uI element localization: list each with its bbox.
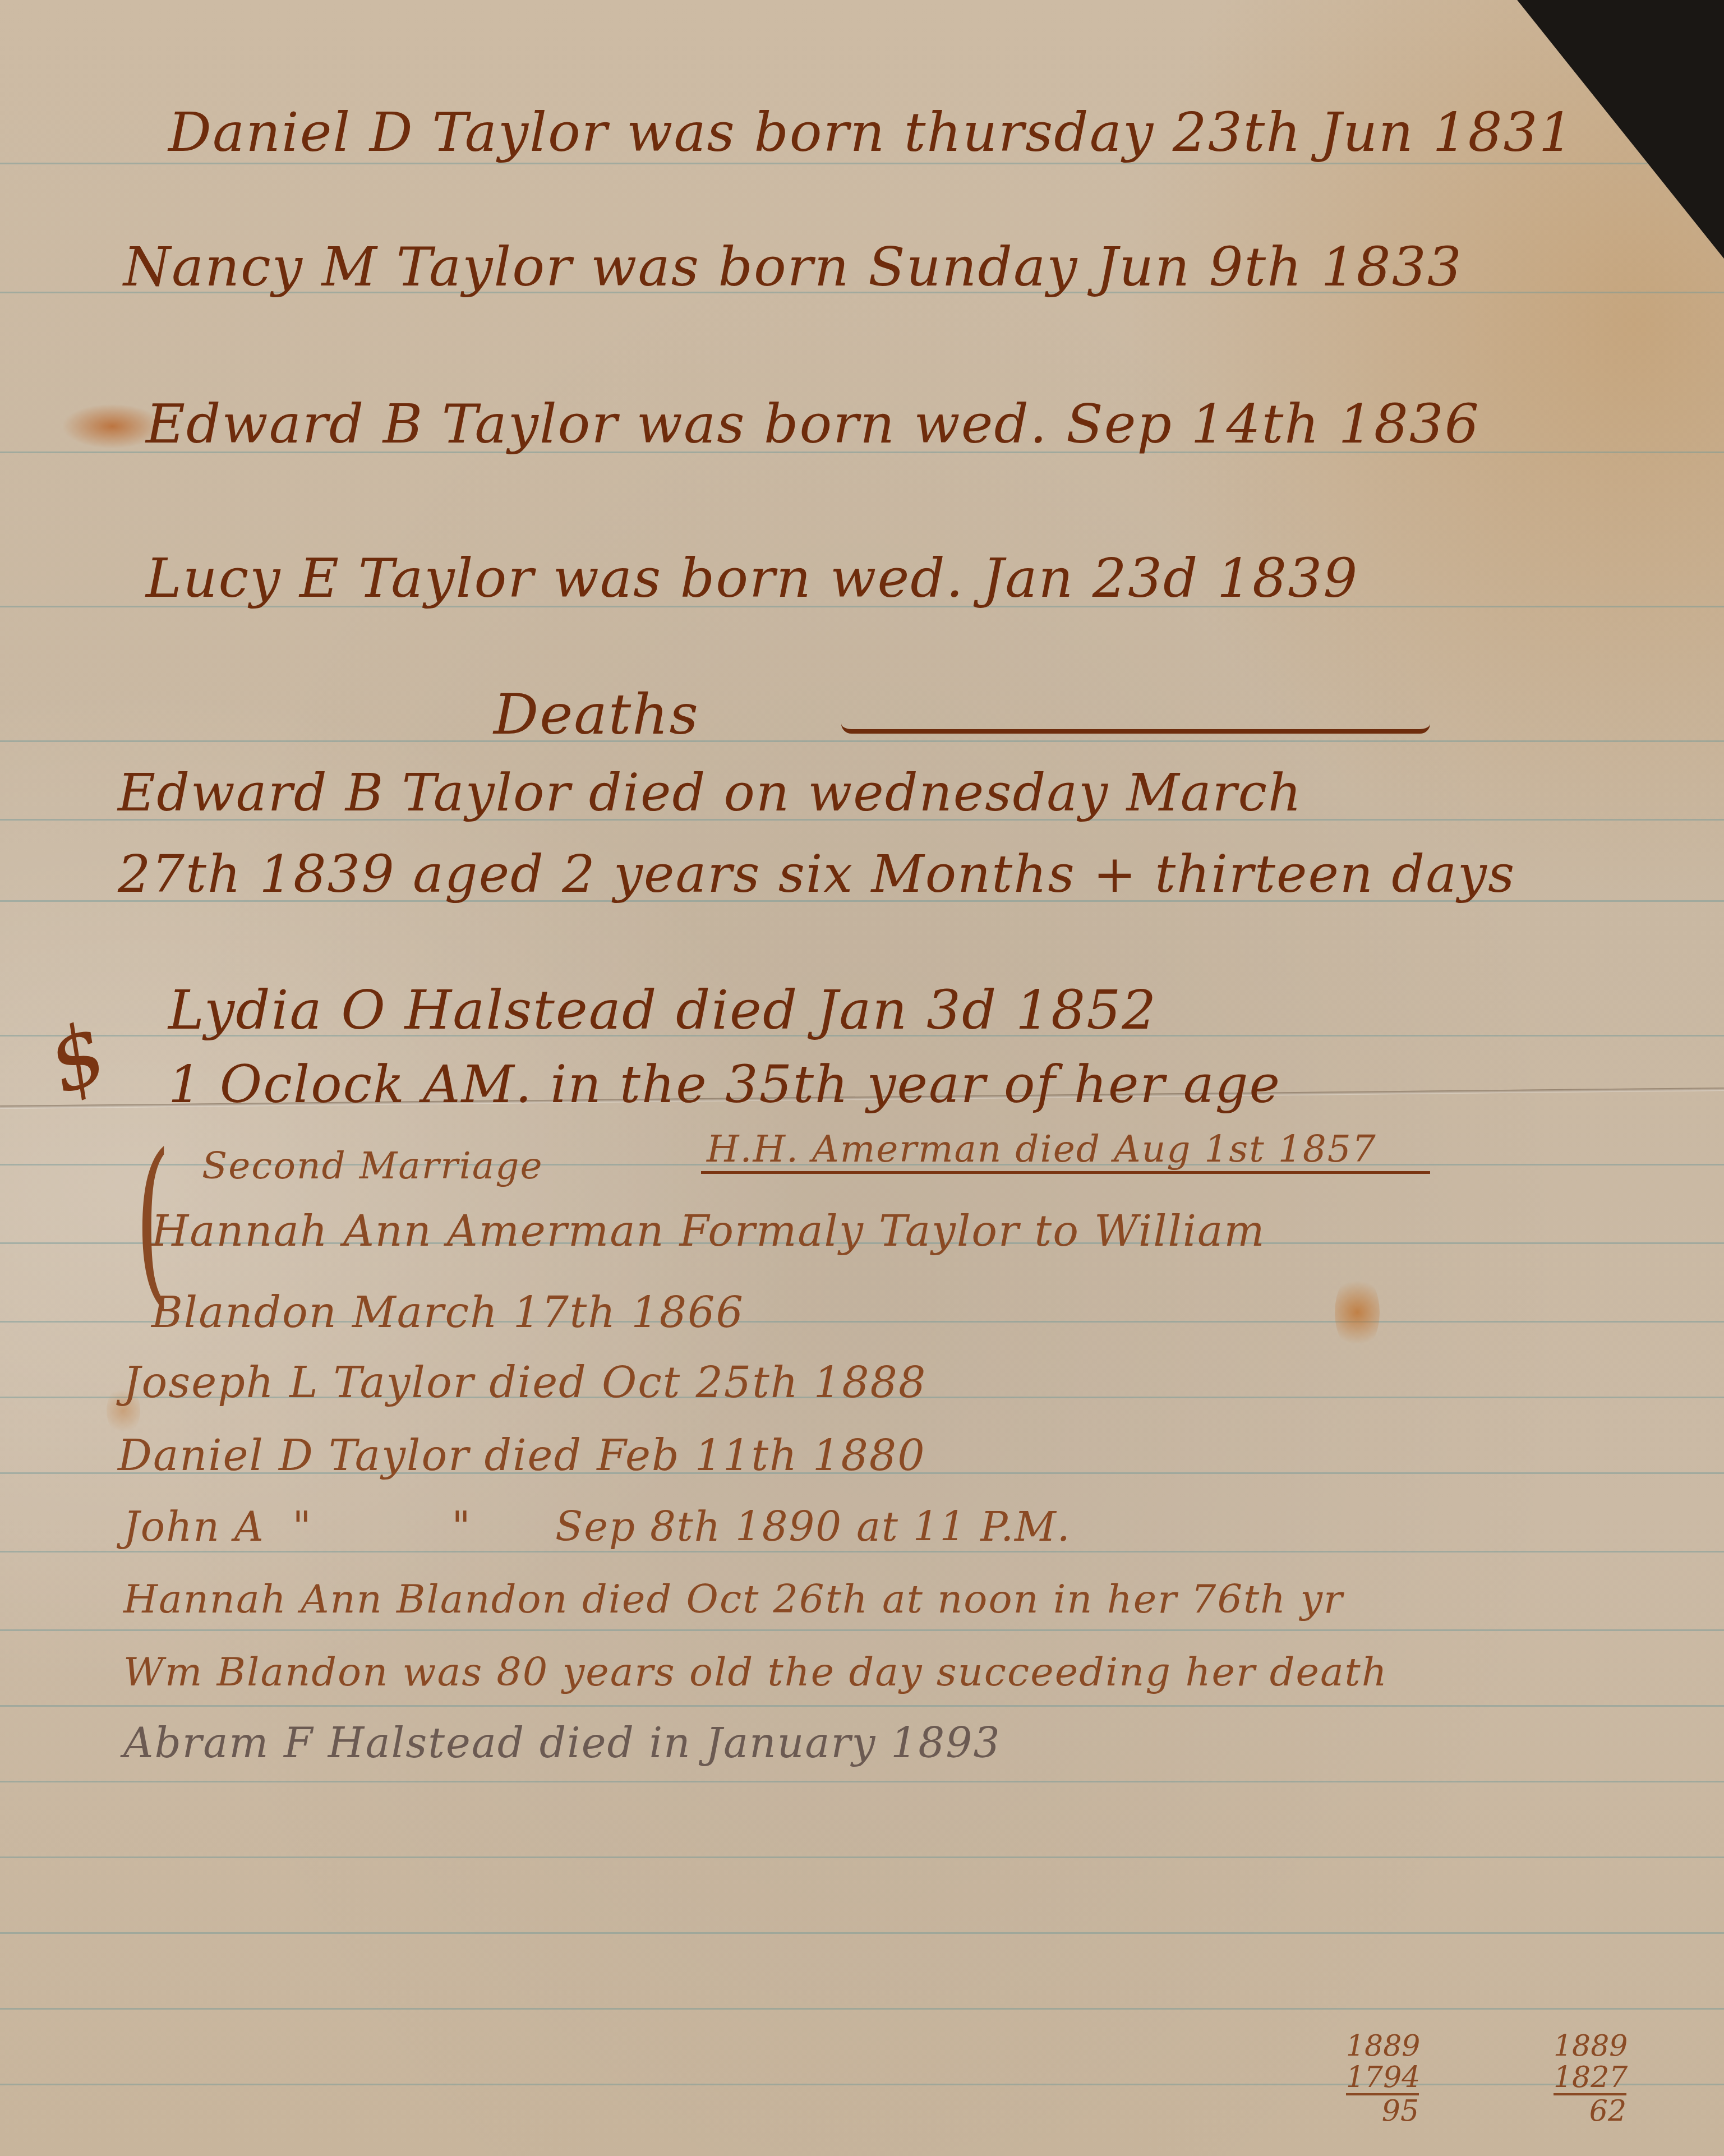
ruled-line bbox=[0, 1551, 1724, 1552]
ruled-line bbox=[0, 740, 1724, 742]
death-entry: Lydia O Halstead died Jan 3d 1852 bbox=[168, 979, 1157, 1042]
birth-entry: Lucy E Taylor was born wed. Jan 23d 1839 bbox=[146, 547, 1358, 610]
death-entry: H.H. Amerman died Aug 1st 1857 bbox=[707, 1127, 1377, 1171]
birth-entry: Edward B Taylor was born wed. Sep 14th 1… bbox=[146, 393, 1480, 455]
calc-result: 95 bbox=[1346, 2095, 1419, 2127]
ruled-line bbox=[0, 1856, 1724, 1858]
document-page: Daniel D Taylor was born thursday 23th J… bbox=[0, 0, 1724, 2156]
death-entry: Wm Blandon was 80 years old the day succ… bbox=[123, 1649, 1388, 1695]
calc-top: 1889 bbox=[1554, 2030, 1626, 2062]
rust-stain bbox=[1335, 1273, 1380, 1352]
marriage-entry: Blandon March 17th 1866 bbox=[151, 1287, 744, 1337]
age-calculation: 1889 1794 95 bbox=[1346, 2030, 1419, 2127]
birth-entry: Daniel D Taylor was born thursday 23th J… bbox=[168, 101, 1574, 164]
ruled-line bbox=[0, 1932, 1724, 1934]
calc-minus: 1827 bbox=[1554, 2062, 1626, 2095]
death-entry: 27th 1839 aged 2 years six Months + thir… bbox=[118, 844, 1515, 904]
margin-mark: $ bbox=[35, 1003, 119, 1113]
age-calculation: 1889 1827 62 bbox=[1554, 2030, 1626, 2127]
ruled-line bbox=[0, 2084, 1724, 2085]
ruled-line bbox=[0, 1705, 1724, 1707]
heading-flourish bbox=[841, 724, 1430, 734]
underline-flourish bbox=[701, 1168, 1430, 1174]
death-entry: Abram F Halstead died in January 1893 bbox=[123, 1719, 1001, 1767]
ruled-line bbox=[0, 1629, 1724, 1631]
calc-top: 1889 bbox=[1346, 2030, 1419, 2062]
ruled-line bbox=[0, 2008, 1724, 2010]
calc-result: 62 bbox=[1554, 2095, 1626, 2127]
deaths-heading: Deaths bbox=[494, 681, 699, 747]
marriage-entry: Hannah Ann Amerman Formaly Taylor to Wil… bbox=[151, 1206, 1265, 1256]
birth-entry: Nancy M Taylor was born Sunday Jun 9th 1… bbox=[123, 236, 1463, 298]
death-entry: Joseph L Taylor died Oct 25th 1888 bbox=[123, 1357, 926, 1407]
annotation-second-marriage: Second Marriage bbox=[202, 1144, 543, 1187]
calc-minus: 1794 bbox=[1346, 2062, 1419, 2095]
death-entry: Hannah Ann Blandon died Oct 26th at noon… bbox=[123, 1576, 1343, 1622]
death-entry: Daniel D Taylor died Feb 11th 1880 bbox=[118, 1430, 926, 1480]
ruled-line bbox=[0, 1781, 1724, 1782]
death-entry: John A " " Sep 8th 1890 at 11 P.M. bbox=[123, 1503, 1071, 1550]
death-entry: Edward B Taylor died on wednesday March bbox=[118, 763, 1302, 823]
death-entry: 1 Oclock AM. in the 35th year of her age bbox=[168, 1054, 1281, 1114]
